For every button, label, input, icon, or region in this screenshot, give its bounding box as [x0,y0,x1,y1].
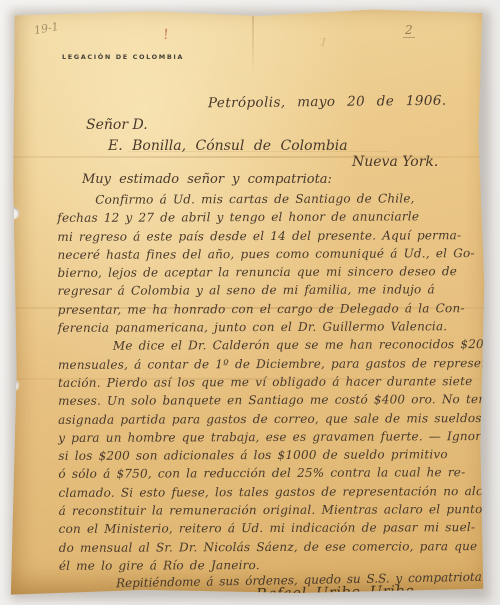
letter-line: Confirmo á Ud. mis cartas de Santiago de… [57,189,485,209]
recipient-city: Nueva York. [352,154,438,170]
letter-line: bierno, lejos de aceptar la renuncia que… [57,262,485,282]
letter-line: Me dice el Dr. Calderón que se me han re… [58,335,486,355]
letter-line: y para un hombre que trabaja, ese es gra… [58,427,486,447]
letter-line: presentar, me ha honrado con el cargo de… [58,299,486,319]
letter-line: fechas 12 y 27 de abril y tengo el honor… [57,207,485,227]
letter-body: Confirmo á Ud. mis cartas de Santiago de… [57,189,487,575]
letter-line: con el Ministerio, reitero á Ud. mi indi… [59,518,487,538]
dateline: Petrópolis, mayo 20 de 1906. [208,93,447,111]
letter-line: tación. Pierdo así los que me ví obligad… [58,372,486,392]
salutation: Muy estimado señor y compatriota: [82,172,332,187]
letter-line: regresar á Colombia y al seno de mi fami… [58,281,486,301]
letter-line: neceré hasta fines del año, pues como co… [57,244,485,264]
letter-line: meses. Un solo banquete en Santiago me c… [58,390,486,410]
letter-line: si los $200 son adicionales á los $1000 … [58,445,486,465]
recipient-title: Señor D. [86,117,148,133]
letter-line: á reconstituir la remuneración original.… [59,500,487,520]
letter-line: mensuales, á contar de 1º de Diciembre, … [58,354,486,374]
letterhead: LEGACIÓN DE COLOMBIA [62,53,184,61]
letter-line: mi regreso á este país desde el 14 del p… [57,226,485,246]
recipient-name: E. Bonilla, Cónsul de Colombia [108,138,348,154]
red-check-mark: ! [162,27,169,43]
pencil-note: 19-1 [33,20,60,37]
page-number: 2 [403,23,415,38]
letter-line: asignada partida para gastos de correo, … [58,409,486,429]
letter-page: 19-1 ! 1 2 LEGACIÓN DE COLOMBIA Petrópol… [8,6,490,597]
crease-mark [252,6,254,76]
faint-mark: 1 [318,35,329,50]
letter-line: ó sólo á $750, con la reducción del 25% … [58,464,486,484]
letter-line: clamado. Si esto fuese, los tales gastos… [58,482,486,502]
letter-line: do mensual al Sr. Dr. Nicolás Sáenz, de … [59,537,487,557]
letter-line: ferencia panamericana, junto con el Dr. … [58,317,486,337]
